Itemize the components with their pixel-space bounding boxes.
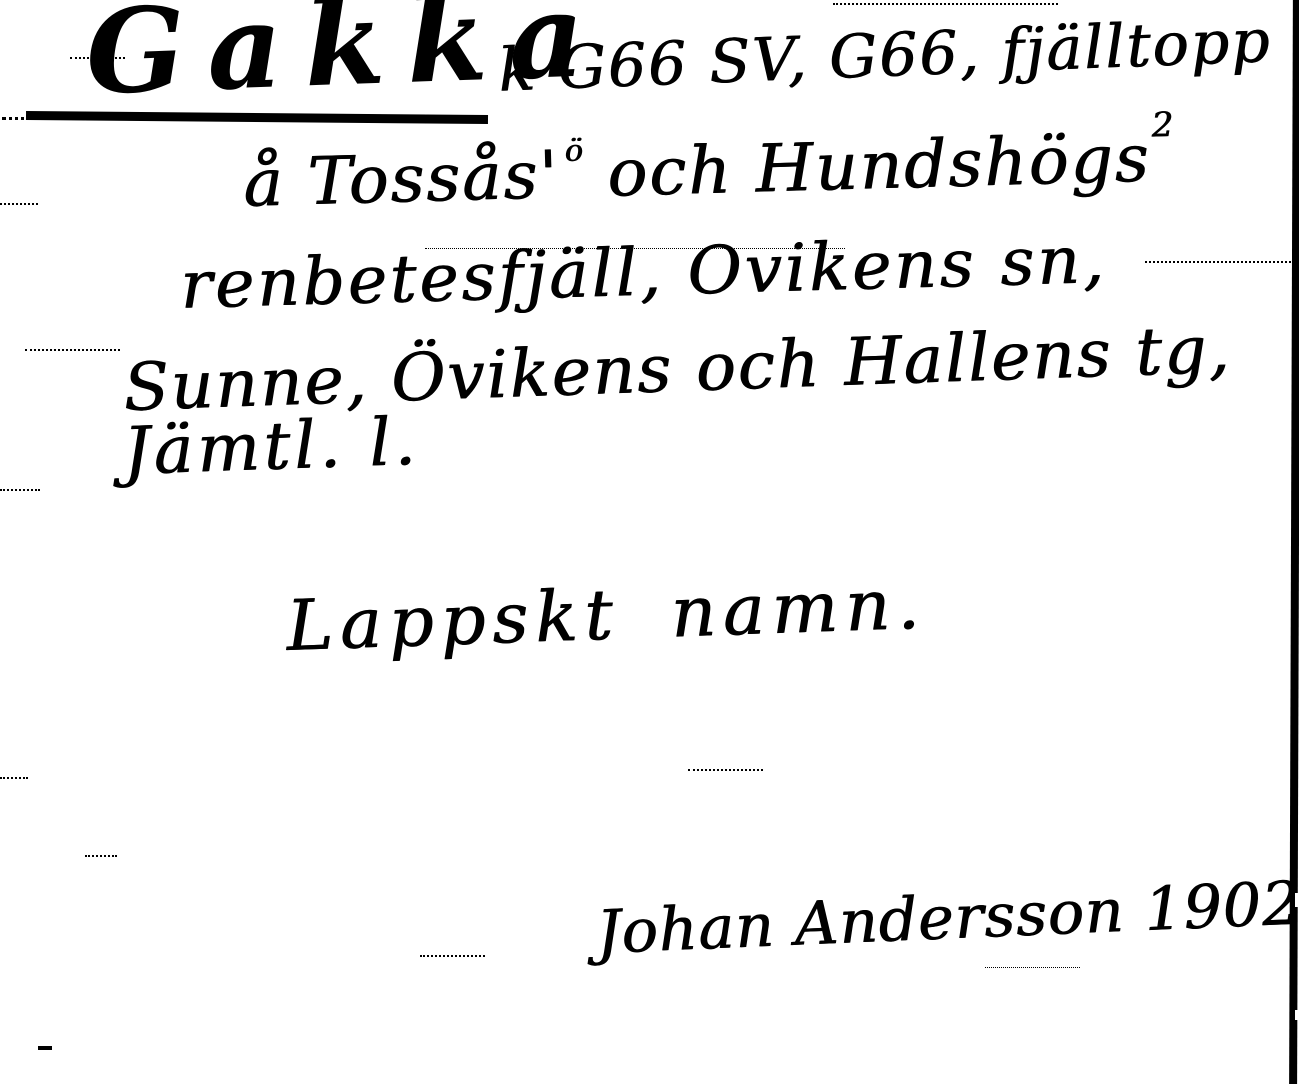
location-line-4: Jämtl. l. — [122, 409, 420, 485]
scan-artifact — [38, 1046, 52, 1050]
headword-underline-leadin — [2, 117, 32, 120]
location-line-3: Sunne, Övikens och Hallens tg, — [122, 317, 1232, 422]
scan-artifact — [1145, 261, 1295, 263]
scan-artifact — [420, 955, 485, 957]
scan-artifact — [425, 248, 845, 249]
scan-edge-line — [1289, 0, 1299, 1084]
scan-edge-notch — [1295, 1010, 1299, 1020]
location-line-2: renbetesfjäll, Ovikens sn, — [179, 227, 1107, 319]
scanned-card: Gakka k G66 SV, G66, fjälltopp å Tossås'… — [0, 0, 1299, 1084]
location-line-1: å Tossås'öoch Hundshögs2 — [242, 125, 1177, 217]
note-line: Lappskt namn. — [285, 569, 927, 661]
location-line-1a: å Tossås' — [242, 136, 560, 222]
scan-artifact — [985, 967, 1080, 968]
scan-edge-notch — [1295, 893, 1299, 907]
location-line-1b: och Hundshögs — [606, 120, 1151, 212]
headword-underline — [26, 111, 488, 124]
scan-artifact — [0, 777, 28, 779]
footnote-mark-2: 2 — [1151, 108, 1176, 143]
scan-artifact — [688, 769, 763, 771]
scan-artifact — [70, 57, 125, 59]
scan-artifact — [25, 349, 120, 351]
scan-artifact — [0, 203, 38, 205]
scan-artifact — [0, 489, 40, 491]
word-gap — [590, 196, 608, 197]
signature-line: Johan Andersson 1902. — [595, 873, 1299, 963]
scan-artifact — [85, 855, 117, 857]
scan-artifact — [833, 3, 1058, 5]
interlinear-annotation-o: ö — [564, 136, 585, 167]
entry-line: k G66 SV, G66, fjälltopp — [497, 11, 1272, 101]
